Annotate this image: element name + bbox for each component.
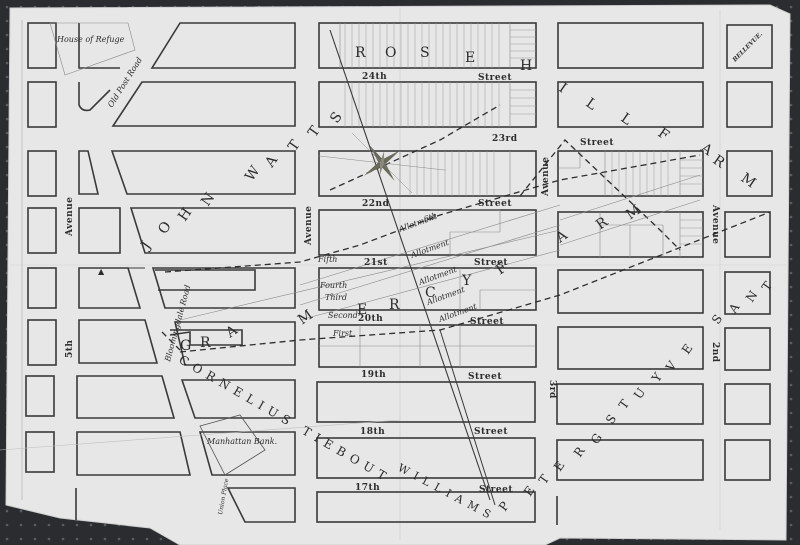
svg-text:H: H <box>520 58 533 74</box>
svg-text:Street: Street <box>478 199 512 209</box>
street-19th: 19th <box>361 370 386 380</box>
street-word: Street <box>478 73 512 83</box>
avenue-label-3rd: Avenue <box>541 157 551 197</box>
fifth-allotment-label: Fifth <box>317 255 337 264</box>
svg-text:R: R <box>389 297 401 313</box>
house-of-refuge-label: House of Refuge <box>56 35 125 44</box>
svg-text:R: R <box>355 45 367 61</box>
avenue-label-4th: Avenue <box>304 206 314 246</box>
street-18th: 18th <box>360 427 385 437</box>
street-21st: 21st <box>364 258 388 268</box>
svg-text:Street: Street <box>470 317 504 327</box>
svg-text:O: O <box>385 45 397 61</box>
fourth-allotment-label: Fourth <box>319 281 347 290</box>
street-23rd: 23rd <box>492 134 518 144</box>
svg-text:R: R <box>200 335 212 351</box>
map-canvas: 24th Street 23rd Street 22nd Street 21st… <box>0 0 800 545</box>
svg-text:E: E <box>465 50 476 66</box>
street-24th: 24th <box>362 72 387 82</box>
third-label: 3rd <box>547 380 557 399</box>
svg-text:▲: ▲ <box>98 267 105 276</box>
svg-text:Street: Street <box>479 485 513 495</box>
map-viewer[interactable]: 24th Street 23rd Street 22nd Street 21st… <box>0 0 800 545</box>
avenue-label-2nd: Avenue <box>710 204 720 244</box>
avenue-label-5th: Avenue <box>65 197 75 237</box>
first-allotment-label: First <box>332 329 353 338</box>
svg-text:E: E <box>357 302 368 318</box>
manhattan-bank-label: Manhattan Bank. <box>206 437 277 446</box>
svg-text:Street: Street <box>580 138 614 148</box>
fifth-label: 5th <box>65 340 75 358</box>
street-17th: 17th <box>355 483 380 493</box>
svg-text:S: S <box>420 45 431 61</box>
second-label: 2nd <box>710 342 720 363</box>
svg-text:Street: Street <box>474 427 508 437</box>
svg-text:G: G <box>180 338 192 354</box>
street-22nd: 22nd <box>362 199 390 209</box>
second-allotment-label: Second <box>328 311 358 320</box>
third-allotment-label: Third <box>325 293 347 302</box>
svg-text:Street: Street <box>468 372 502 382</box>
